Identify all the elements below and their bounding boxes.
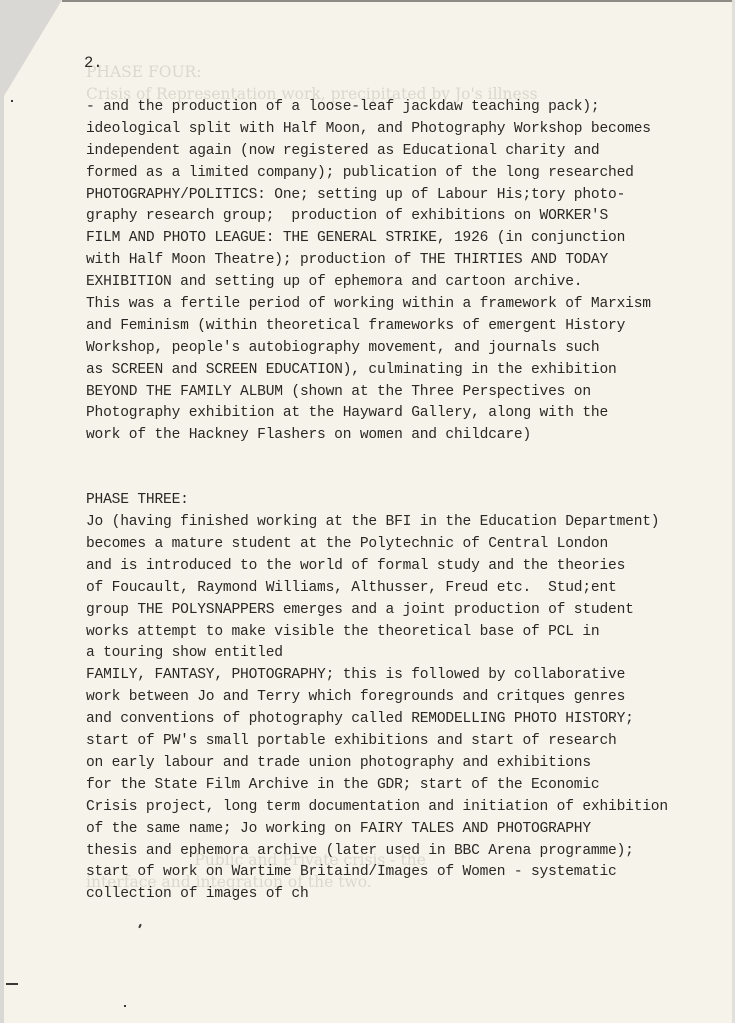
text-line: This was a fertile period of working wit… — [86, 294, 726, 316]
text-line: Jo (having finished working at the BFI i… — [86, 512, 726, 534]
text-line: a touring show entitled — [86, 643, 726, 665]
paper-top-edge — [62, 0, 735, 2]
text-line: PHOTOGRAPHY/POLITICS: One; setting up of… — [86, 185, 726, 207]
text-line: for the State Film Archive in the GDR; s… — [86, 775, 726, 797]
text-line: independent again (now registered as Edu… — [86, 141, 726, 163]
text-line: start of work on Wartime Britaind/Images… — [86, 862, 726, 884]
text-line: ideological split with Half Moon, and Ph… — [86, 119, 726, 141]
text-line: becomes a mature student at the Polytech… — [86, 534, 726, 556]
text-line: collection of images of ch — [86, 884, 726, 906]
text-line: BEYOND THE FAMILY ALBUM (shown at the Th… — [86, 382, 726, 404]
document-body: - and the production of a loose-leaf jac… — [86, 97, 726, 906]
text-line: start of PW's small portable exhibitions… — [86, 731, 726, 753]
text-line: thesis and ephemora archive (later used … — [86, 841, 726, 863]
phase-three-heading: PHASE THREE: — [86, 490, 726, 512]
text-line: works attempt to make visible the theore… — [86, 622, 726, 644]
text-line: work of the Hackney Flashers on women an… — [86, 425, 726, 447]
text-line: Crisis project, long term documentation … — [86, 797, 726, 819]
text-line: work between Jo and Terry which foregrou… — [86, 687, 726, 709]
text-line: graphy research group; production of exh… — [86, 206, 726, 228]
text-line: of the same name; Jo working on FAIRY TA… — [86, 819, 726, 841]
text-line: - and the production of a loose-leaf jac… — [86, 97, 726, 119]
text-line: group THE POLYSNAPPERS emerges and a joi… — [86, 600, 726, 622]
page-number: 2. — [84, 54, 103, 72]
text-line: of Foucault, Raymond Williams, Althusser… — [86, 578, 726, 600]
text-line: EXHIBITION and setting up of ephemora an… — [86, 272, 726, 294]
text-line: with Half Moon Theatre); production of T… — [86, 250, 726, 272]
text-line: Workshop, people's autobiography movemen… — [86, 338, 726, 360]
paragraph-gap — [86, 447, 726, 490]
scan-speck — [6, 983, 18, 985]
text-line: as SCREEN and SCREEN EDUCATION), culmina… — [86, 360, 726, 382]
scan-speck — [11, 100, 13, 102]
paragraph-phase-three: Jo (having finished working at the BFI i… — [86, 512, 726, 906]
text-line: and conventions of photography called RE… — [86, 709, 726, 731]
show-through-line: PHASE FOUR: — [86, 62, 726, 84]
text-line: and is introduced to the world of formal… — [86, 556, 726, 578]
text-line: Photography exhibition at the Hayward Ga… — [86, 403, 726, 425]
text-line: FILM AND PHOTO LEAGUE: THE GENERAL STRIK… — [86, 228, 726, 250]
text-line: on early labour and trade union photogra… — [86, 753, 726, 775]
scanned-page: PHASE FOUR:Crisis of Representation work… — [0, 0, 735, 1023]
text-line: formed as a limited company); publicatio… — [86, 163, 726, 185]
text-line: FAMILY, FANTASY, PHOTOGRAPHY; this is fo… — [86, 665, 726, 687]
paragraph-phase-two-continued: - and the production of a loose-leaf jac… — [86, 97, 726, 447]
scan-speck — [124, 1005, 126, 1007]
text-line: and Feminism (within theoretical framewo… — [86, 316, 726, 338]
